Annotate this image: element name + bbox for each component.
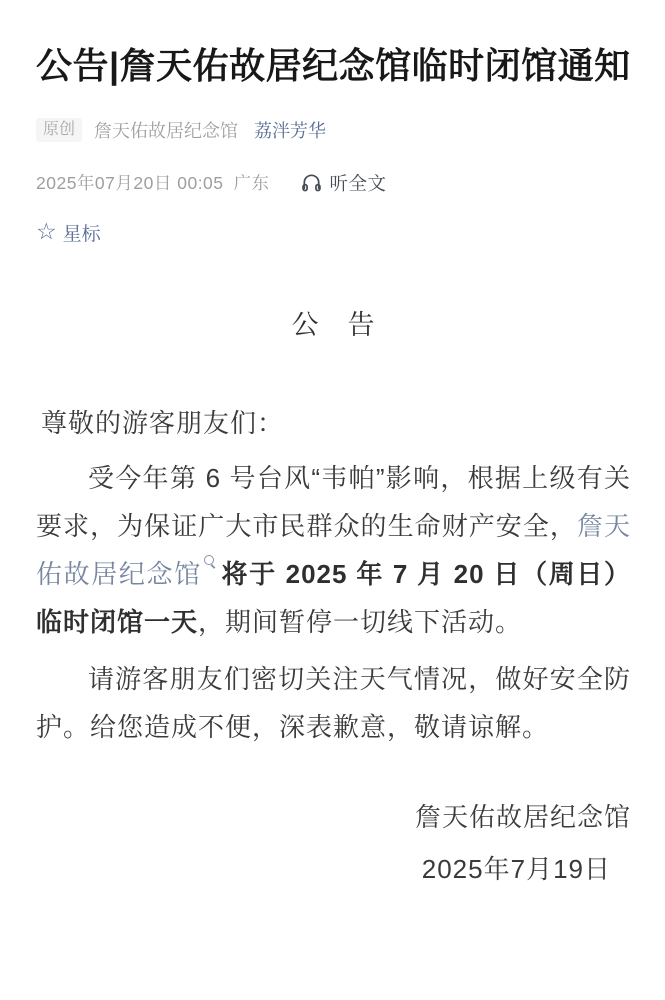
star-icon: ☆ xyxy=(36,220,57,243)
meta-row: 2025年07月20日 00:05 广东 听全文 xyxy=(36,170,631,196)
author-link[interactable]: 荔泮芳华 xyxy=(254,117,326,143)
account-name-link[interactable]: 詹天佑故居纪念馆 xyxy=(94,117,238,143)
star-label: 星标 xyxy=(63,219,101,246)
article-title: 公告|詹天佑故居纪念馆临时闭馆通知 xyxy=(36,40,631,93)
listen-full-text-button[interactable]: 听全文 xyxy=(300,170,387,196)
signature-date: 2025年7月19日 xyxy=(36,845,631,893)
article-page: 公告|詹天佑故居纪念馆临时闭馆通知 原创 詹天佑故居纪念馆 荔泮芳华 2025年… xyxy=(0,0,665,1000)
byline: 原创 詹天佑故居纪念馆 荔泮芳华 xyxy=(36,117,631,143)
text-segment: ，期间暂停一切线下活动。 xyxy=(198,607,522,637)
signature-block: 詹天佑故居纪念馆 2025年7月19日 xyxy=(36,793,631,893)
body-paragraph-closure: 受今年第 6 号台风“韦帕”影响，根据上级有关要求，为保证广大市民群众的生命财产… xyxy=(36,454,631,646)
signature: 詹天佑故居纪念馆 xyxy=(36,793,631,841)
star-button[interactable]: ☆ 星标 xyxy=(36,219,631,246)
headphones-icon xyxy=(300,171,323,194)
body-paragraph-greeting: 尊敬的游客朋友们： xyxy=(36,399,631,447)
listen-full-text-label: 听全文 xyxy=(330,170,387,196)
publish-datetime: 2025年07月20日 00:05 xyxy=(36,170,224,195)
publish-location: 广东 xyxy=(234,170,270,195)
original-badge: 原创 xyxy=(36,118,82,143)
text-segment: 受今年第 6 号台风“韦帕”影响，根据上级有关要求，为保证广大市民群众的生命财产… xyxy=(36,463,631,541)
notice-heading: 公 告 xyxy=(36,303,631,342)
body-paragraph-apology: 请游客朋友们密切关注天气情况，做好安全防护。给您造成不便，深表歉意，敬请谅解。 xyxy=(36,655,631,751)
search-superscript-icon xyxy=(203,551,218,575)
